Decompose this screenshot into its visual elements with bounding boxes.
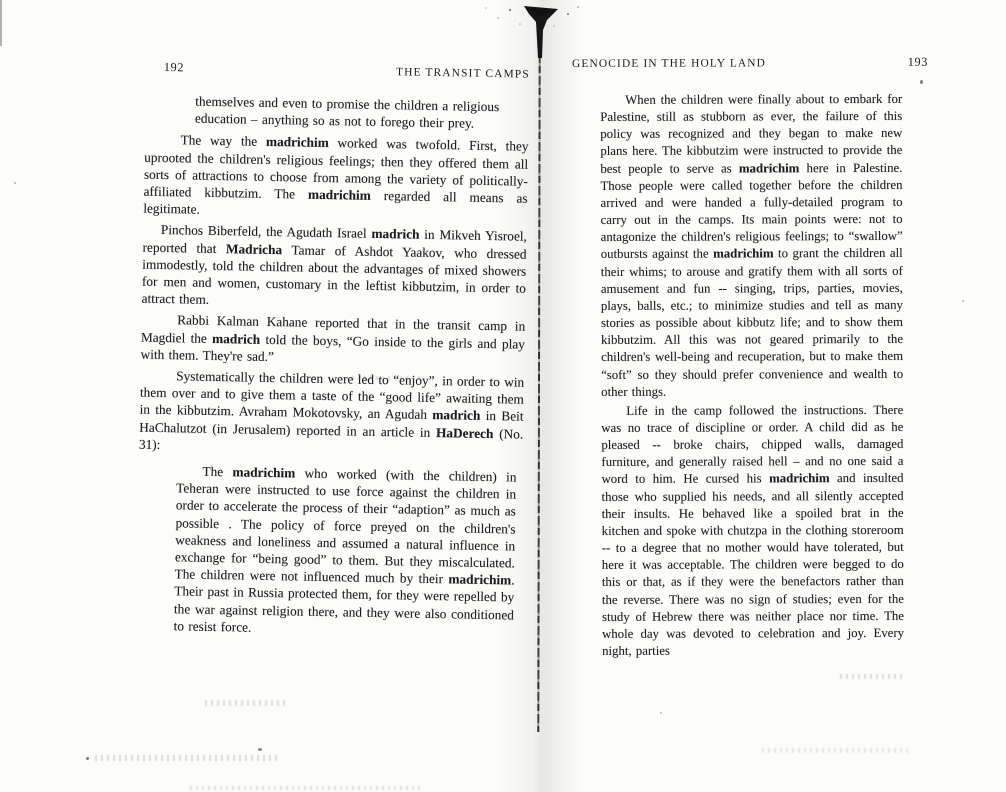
scan-speck (962, 300, 964, 302)
left-running-head: THE TRANSIT CAMPS (396, 66, 530, 80)
paragraph: Life in the camp followed the instructio… (601, 402, 904, 660)
scan-artifact (762, 748, 912, 753)
paragraph: When the children were finally about to … (600, 91, 903, 401)
page-left: 192 THE TRANSIT CAMPS themselves and eve… (135, 60, 529, 641)
scan-artifact (190, 786, 420, 790)
page-right: GENOCIDE IN THE HOLY LAND 193 When the c… (572, 55, 930, 662)
scan-speck (86, 757, 89, 760)
right-page-header: GENOCIDE IN THE HOLY LAND 193 (572, 55, 928, 71)
scan-artifact (840, 674, 902, 679)
paragraph: Pinchos Biberfeld, the Agudath Israel ma… (141, 221, 527, 314)
paragraph: themselves and even to promise the child… (195, 93, 500, 133)
book-spine-line (537, 44, 541, 732)
paragraph: The madrichim who worked (with the child… (173, 462, 516, 640)
book-scan: 192 THE TRANSIT CAMPS themselves and eve… (0, 0, 1006, 792)
paragraph: Systematically the children were led to … (139, 367, 525, 460)
right-running-head: GENOCIDE IN THE HOLY LAND (572, 57, 766, 70)
scan-speck (660, 712, 662, 714)
scan-artifact (95, 755, 280, 761)
left-page-number: 192 (164, 60, 185, 75)
paragraph: The way the madrichim worked was twofold… (143, 131, 529, 224)
scan-artifact (205, 700, 285, 706)
paragraph: Rabbi Kalman Kahane reported that in the… (140, 311, 525, 370)
left-page-body: themselves and even to promise the child… (135, 92, 529, 641)
scan-edge-mark (0, 0, 2, 46)
right-page-body: When the children were finally about to … (600, 91, 904, 660)
scan-speck (258, 748, 262, 751)
scan-speck (14, 182, 16, 184)
right-page-number: 193 (908, 55, 928, 70)
